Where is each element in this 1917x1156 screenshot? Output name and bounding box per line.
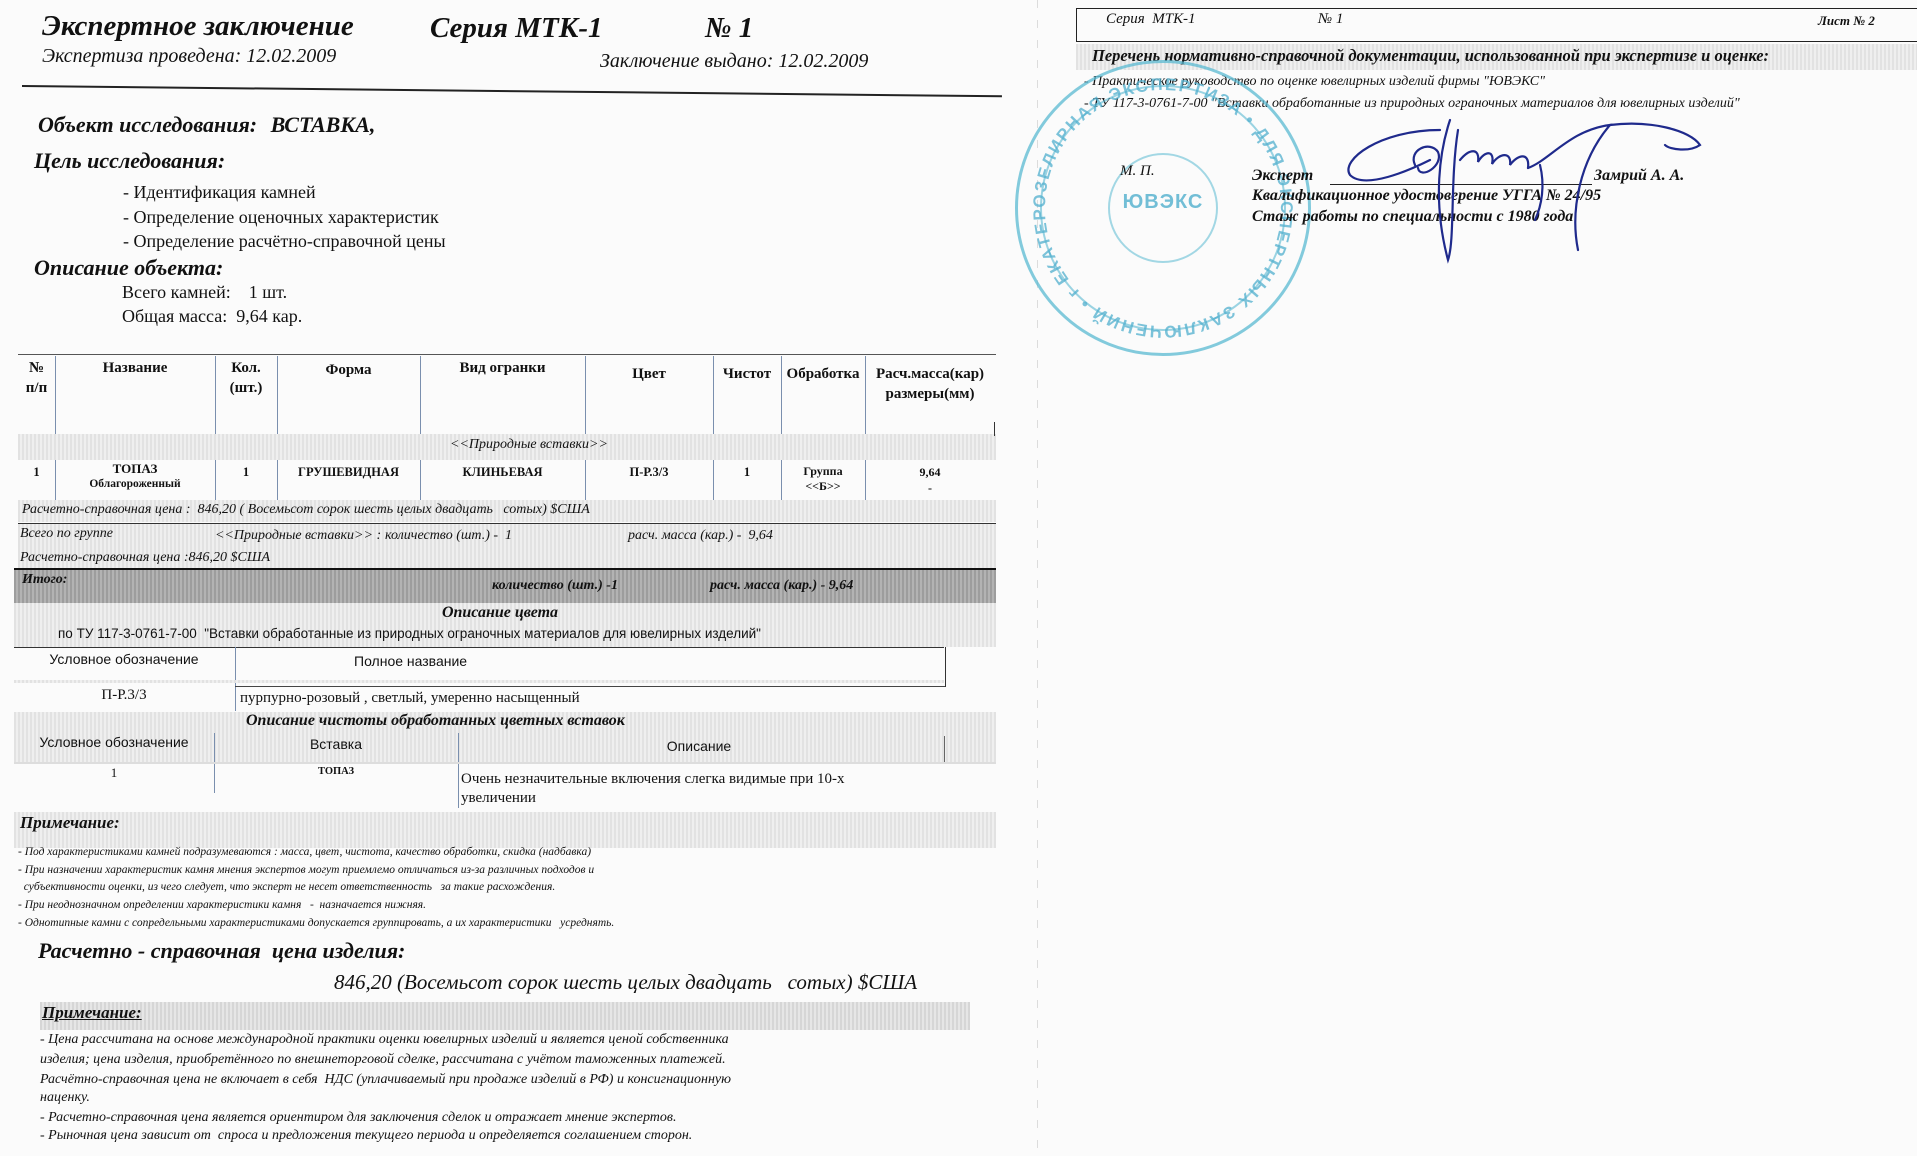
cell-color: П-Р.3/3 [585,464,713,481]
clarity-col-header-desc: Описание [458,738,940,754]
cell-size: - [865,480,995,497]
header-divider [22,85,1002,97]
cell-name-sub: Облагороженный [55,476,215,493]
total-mass: Общая масса: 9,64 кар. [122,306,302,327]
divider [945,647,946,687]
goal-heading: Цель исследования: [34,148,225,174]
note1-line: - При неоднозначном определении характер… [18,896,426,914]
object-label: Объект исследования: [38,112,257,137]
document-title: Экспертное заключение [42,10,354,43]
goal-item: - Определение оценочных характеристик [123,207,439,228]
color-col-header-name: Полное название [354,653,467,669]
right-series: Серия МТК-1 [1106,11,1196,28]
goal-item: - Идентификация камней [123,182,316,203]
group-total-qty: количество (шт.) - 1 [385,528,512,544]
divider [14,647,944,648]
issued-date: Заключение выдано: 12.02.2009 [600,50,868,73]
col-header-cut: Вид огранки [420,358,585,378]
row-price: Расчетно-справочная цена : 846,20 ( Восе… [22,502,590,518]
divider [14,762,996,764]
note2-line: - Цена рассчитана на основе международно… [40,1030,729,1050]
goal-item: - Определение расчётно-справочной цены [123,231,446,252]
col-header-shape: Форма [277,360,420,380]
color-code: П-Р.3/3 [14,687,234,704]
note2-line: изделия; цена изделия, приобретённого по… [40,1050,726,1070]
note1-line: субъективности оценки, из чего следует, … [18,878,555,896]
clarity-col-header-code: Условное обозначение [14,734,214,750]
color-desc-subtitle: по ТУ 117-3-0761-7-00 "Вставки обработан… [58,626,761,641]
left-page: Экспертное заключение Серия МТК-1 № 1 Эк… [0,0,1010,1156]
col-header-treatment: Обработка [781,364,865,384]
col-header-number: № п/п [18,358,55,398]
group-total-mass: расч. масса (кар.) - 9,64 [628,528,773,544]
total-mass: расч. масса (кар.) - 9,64 [710,578,853,594]
price-value: 846,20 (Восемьсот сорок шесть целых двад… [334,970,917,995]
group-total-name: <<Природные вставки>> : [215,528,381,544]
group-label: <<Природные вставки>> [450,437,608,453]
col-header-color: Цвет [585,364,713,384]
col-divider [994,422,995,436]
note1-line: - Под характеристиками камней подразумев… [18,843,591,861]
stones-table: <<Природные вставки>> № п/п Название Кол… [0,352,1000,502]
description-heading: Описание объекта: [34,255,223,281]
note2-line: Расчётно-справочная цена не включает в с… [40,1070,731,1090]
cell-name: ТОПАЗ [55,460,215,477]
col-divider [235,647,236,711]
clarity-desc-line1: Очень незначительные включения слегка ви… [461,771,845,788]
note2-line: - Рыночная цена зависит от спроса и пред… [40,1126,692,1146]
cell-cut: КЛИНЬЕВАЯ [420,464,585,481]
color-desc-title: Описание цвета [0,604,1000,622]
clarity-col-header-insert: Вставка [214,736,458,752]
note2-title: Примечание: [42,1003,142,1023]
right-header-box [1076,8,1917,42]
color-name: пурпурно-розовый , светлый, умеренно нас… [240,690,580,707]
series-label: Серия МТК-1 [430,12,603,45]
document-number: № 1 [705,12,753,45]
sheet-number: Лист № 2 [1818,13,1875,29]
note1-title: Примечание: [20,813,120,833]
color-col-header-code: Условное обозначение [14,651,234,667]
object-heading: Объект исследования: ВСТАВКА, [38,112,375,138]
col-header-qty: Кол. (шт.) [215,358,277,398]
expertise-date: Экспертиза проведена: 12.02.2009 [42,45,336,68]
col-header-mass: Расч.масса(кар) размеры(мм) [862,364,998,404]
right-number: № 1 [1318,11,1343,28]
clarity-desc-title: Описание чистоты обработанных цветных вс… [246,712,625,730]
col-header-name: Название [55,358,215,378]
clarity-code: 1 [14,765,214,781]
price-label: Расчетно - справочная цена изделия: [38,938,405,964]
cell-clarity: 1 [713,464,781,481]
cell-mass: 9,64 [865,464,995,481]
object-value: ВСТАВКА, [271,112,376,137]
note2-line: наценку. [40,1088,90,1108]
cell-treatment: Группа <<Б>> [781,464,865,494]
note2-line: - Расчетно-справочная цена является орие… [40,1108,677,1128]
divider [235,686,945,687]
group-total-label: Всего по группе [20,526,113,542]
table-top-border [18,354,996,355]
cell-shape: ГРУШЕВИДНАЯ [277,464,420,481]
total-label: Итого: [22,572,67,588]
divider [944,736,945,762]
clarity-desc-line2: увеличении [461,790,536,807]
cell-qty: 1 [215,464,277,481]
stamp-place-mark: М. П. [1120,163,1155,180]
col-header-clarity: Чистот [713,364,781,384]
cell-number: 1 [18,464,55,481]
note1-line: - При назначении характеристик камня мне… [18,861,594,879]
note1-line: - Однотипные камни с сопредельными харак… [18,914,614,932]
clarity-insert: топаз [214,766,458,777]
total-qty: количество (шт.) -1 [492,578,618,594]
total-stones: Всего камней: 1 шт. [122,282,287,303]
group-price: Расчетно-справочная цена :846,20 $США [20,550,270,566]
divider [14,680,944,683]
signature-scribble [1320,90,1760,270]
expert-label: Эксперт [1252,167,1313,185]
note2-bar [40,1002,970,1030]
